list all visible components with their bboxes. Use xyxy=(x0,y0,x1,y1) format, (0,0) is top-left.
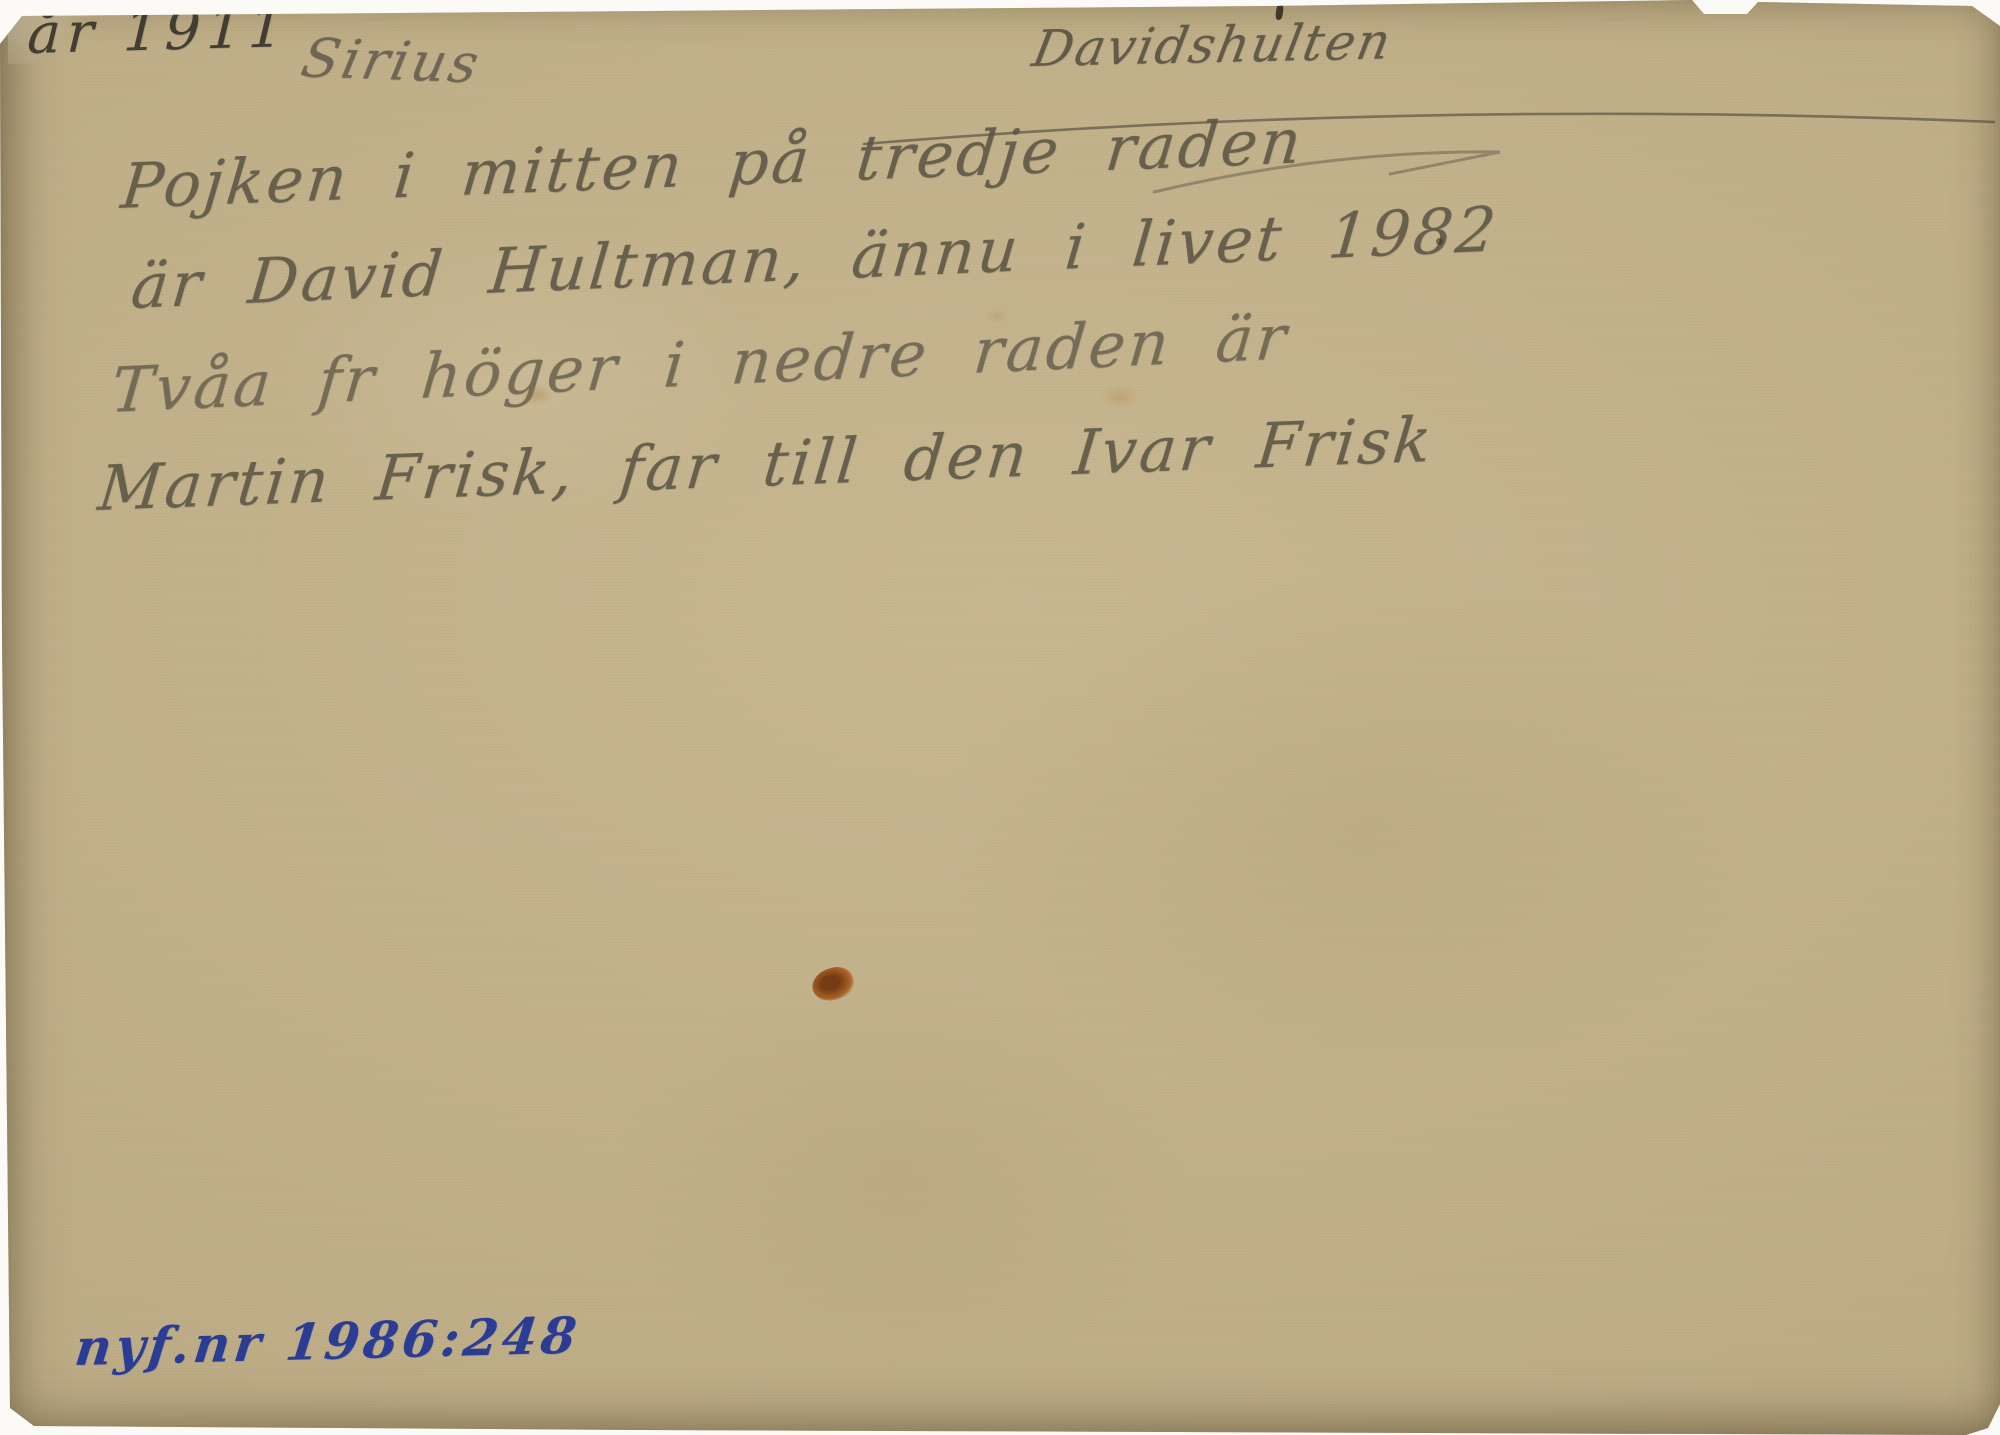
fox-spot xyxy=(984,308,1010,324)
note-line-1: Pojken i mitten på tredje raden xyxy=(118,104,1307,223)
title-annotation: Sirius xyxy=(296,26,487,95)
fox-spot xyxy=(520,384,554,406)
year-annotation: år 1911 xyxy=(26,0,291,67)
pencil-speck xyxy=(1436,238,1443,245)
note-line-4: Martin Frisk, far till den Ivar Frisk xyxy=(95,403,1438,525)
archive-number: nyf.nr 1986:248 xyxy=(72,1305,583,1377)
place-annotation: Davidshulten xyxy=(1028,12,1397,78)
note-card: år 1911 Sirius Davidshulten Pojken i mit… xyxy=(0,0,2000,1435)
fox-spot xyxy=(1100,384,1140,410)
rust-stain xyxy=(809,963,857,1004)
